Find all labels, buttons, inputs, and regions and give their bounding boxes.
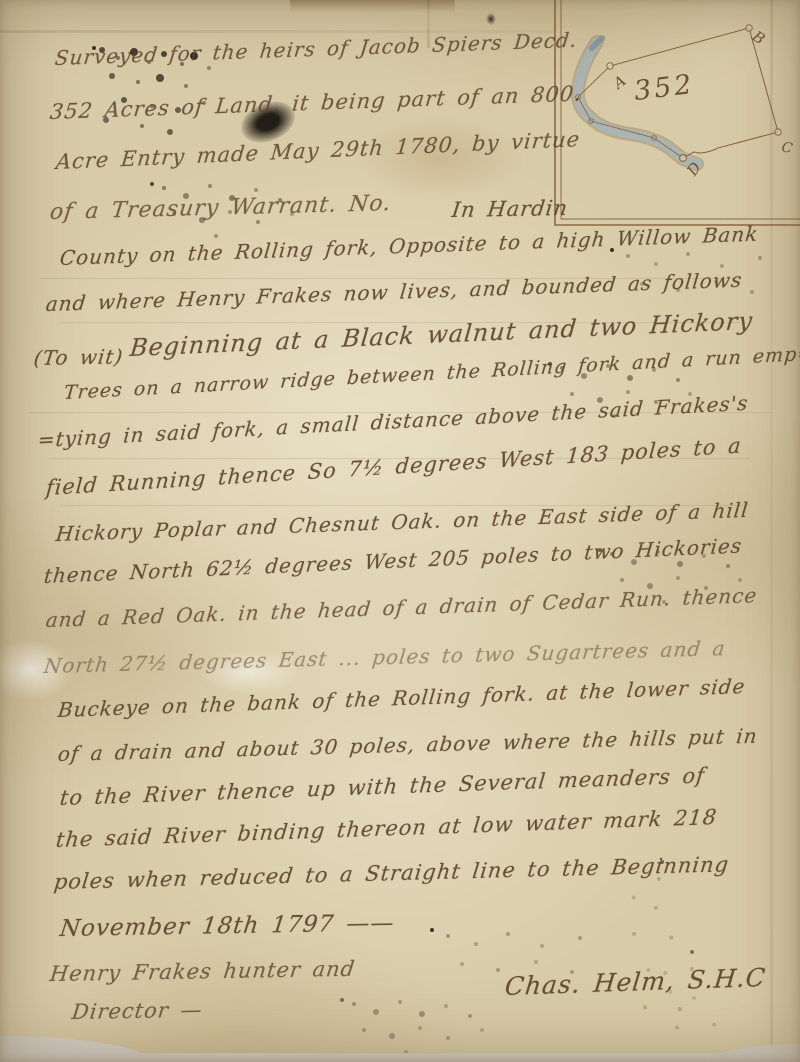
page-vignette: [0, 0, 800, 1062]
document-page: A B C D 352 Surveyed for the heirs of Ja…: [0, 0, 800, 1062]
